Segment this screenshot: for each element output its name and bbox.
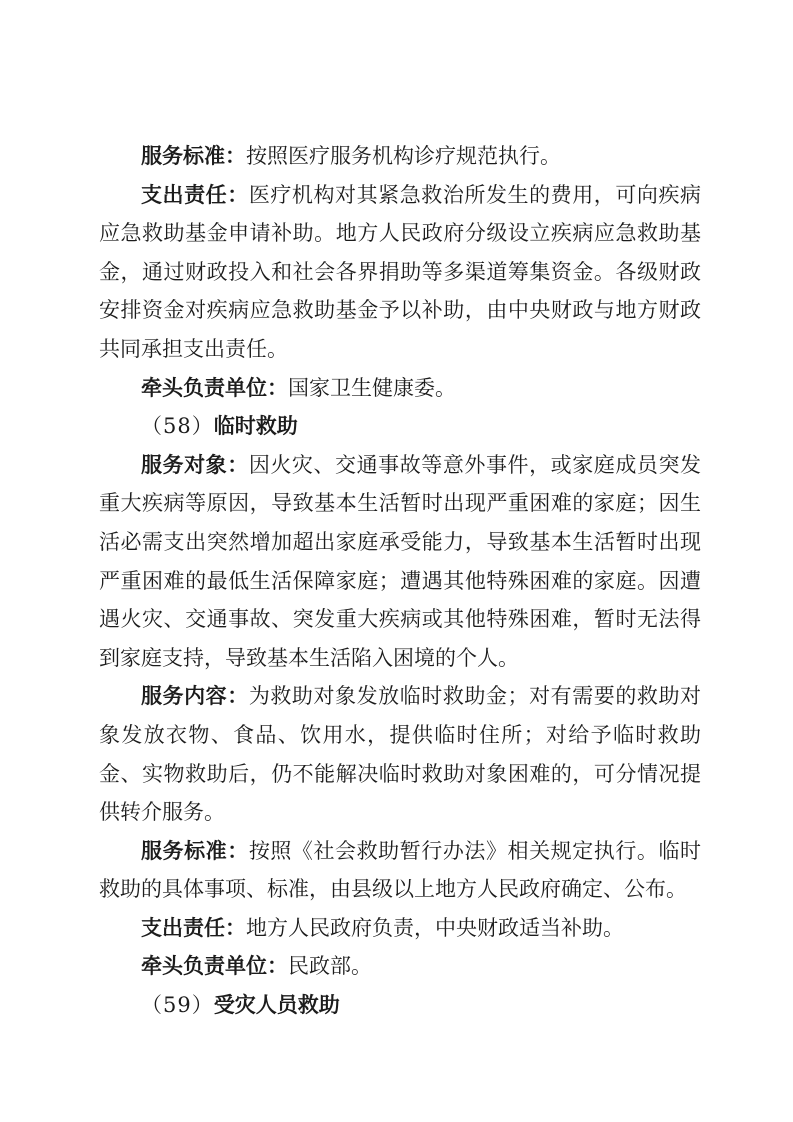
paragraph-lead-unit-civil-affairs: 牵头负责单位：民政部。: [99, 947, 701, 986]
paragraph-service-standard-temporary: 服务标准：按照《社会救助暂行办法》相关规定执行。临时救助的具体事项、标准，由县级…: [99, 832, 701, 909]
paragraph-service-target: 服务对象：因火灾、交通事故等意外事件，或家庭成员突发重大疾病等原因，导致基本生活…: [99, 446, 701, 678]
section-title: 受灾人员救助: [214, 993, 340, 1017]
document-page: 服务标准：按照医疗服务机构诊疗规范执行。 支出责任：医疗机构对其紧急救治所发生的…: [0, 0, 793, 1122]
paragraph-label: 服务对象：: [141, 452, 249, 477]
paragraph-text: 因火灾、交通事故等意外事件，或家庭成员突发重大疾病等原因，导致基本生活暂时出现严…: [99, 453, 701, 670]
paragraph-service-standard-medical: 服务标准：按照医疗服务机构诊疗规范执行。: [99, 137, 701, 176]
paragraph-label: 支出责任：: [141, 915, 246, 940]
paragraph-label: 牵头负责单位：: [141, 953, 288, 978]
paragraph-label: 牵头负责单位：: [141, 375, 288, 400]
paragraph-text: 地方人民政府负责，中央财政适当补助。: [246, 916, 624, 940]
paragraph-label: 服务标准：: [141, 838, 249, 863]
paragraph-text: 按照医疗服务机构诊疗规范执行。: [246, 144, 561, 168]
paragraph-service-content: 服务内容：为救助对象发放临时救助金；对有需要的救助对象发放衣物、食品、饮用水，提…: [99, 677, 701, 831]
paragraph-text: 民政部。: [288, 954, 372, 978]
paragraph-text: 国家卫生健康委。: [288, 376, 456, 400]
paragraph-label: 支出责任：: [141, 182, 249, 207]
section-heading-59-disaster-victim-assistance: （59）受灾人员救助: [99, 986, 701, 1025]
paragraph-expenditure-responsibility-medical: 支出责任：医疗机构对其紧急救治所发生的费用，可向疾病应急救助基金申请补助。地方人…: [99, 176, 701, 369]
paragraph-lead-unit-health-commission: 牵头负责单位：国家卫生健康委。: [99, 369, 701, 408]
paragraph-text: 医疗机构对其紧急救治所发生的费用，可向疾病应急救助基金申请补助。地方人民政府分级…: [99, 183, 701, 361]
section-title: 临时救助: [214, 414, 298, 438]
paragraph-label: 服务标准：: [141, 143, 246, 168]
section-heading-58-temporary-assistance: （58）临时救助: [99, 407, 701, 446]
paragraph-expenditure-responsibility-temporary: 支出责任：地方人民政府负责，中央财政适当补助。: [99, 909, 701, 948]
section-number: （58）: [141, 414, 214, 438]
paragraph-label: 服务内容：: [141, 683, 249, 708]
section-number: （59）: [141, 993, 214, 1017]
